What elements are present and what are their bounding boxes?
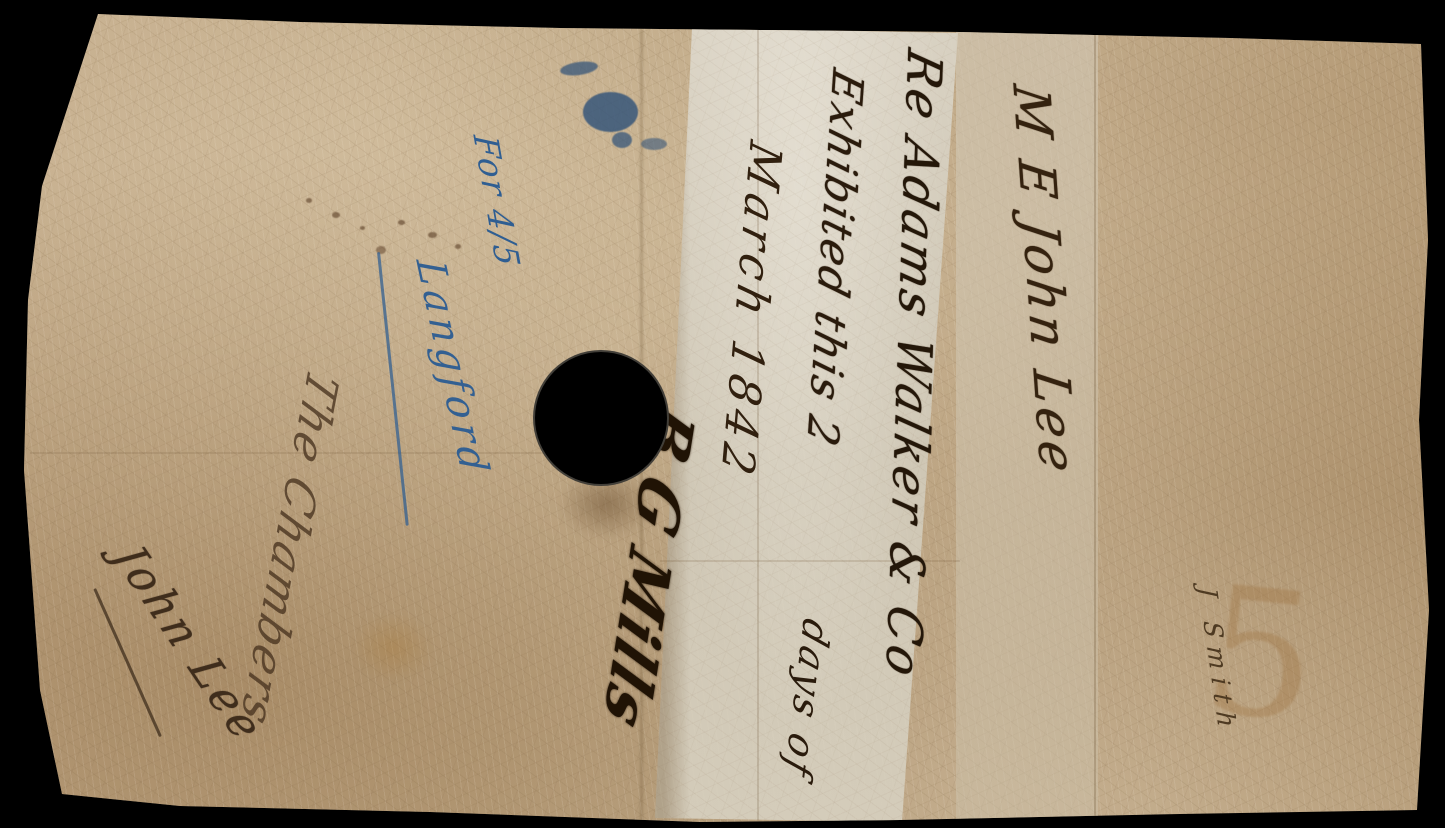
blue-ink-blot — [583, 92, 638, 132]
ink-speck — [360, 226, 365, 230]
banknote-paper: 5 Re Adams Walker & Co Exhibited this 2 … — [0, 0, 1445, 828]
ink-speck — [455, 244, 461, 249]
ink-speck — [398, 220, 405, 225]
crease-line — [1094, 32, 1096, 820]
ink-speck — [332, 212, 340, 218]
blue-ink-blot — [612, 132, 632, 148]
blue-ink-blot — [641, 138, 667, 150]
ink-speck — [306, 198, 312, 203]
scanned-document-photo: 5 Re Adams Walker & Co Exhibited this 2 … — [0, 0, 1445, 828]
stain-yellow — [352, 612, 434, 682]
punch-hole — [533, 350, 669, 486]
ink-speck — [428, 232, 437, 238]
